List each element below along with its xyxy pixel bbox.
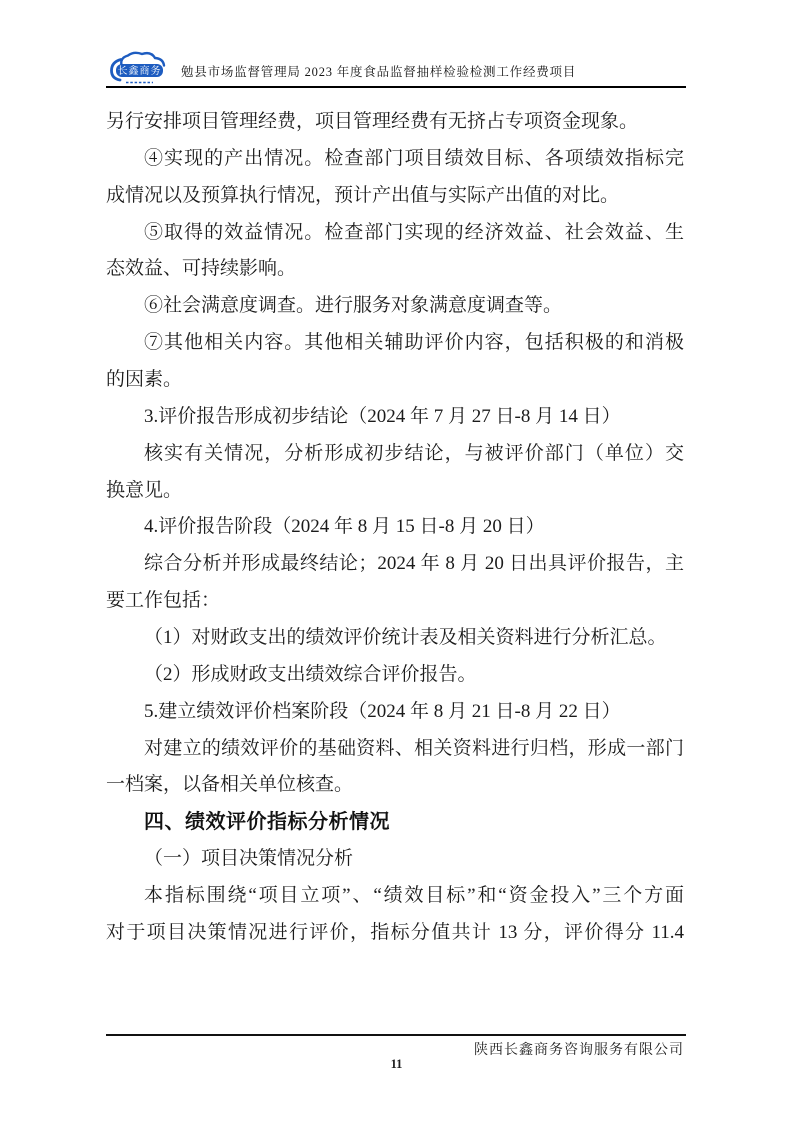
document-page: 长鑫商务 勉县市场监督管理局 2023 年度食品监督抽样检验检测工作经费项目 另… <box>0 0 793 1122</box>
section-heading: 四、绩效评价指标分析情况 <box>106 804 684 841</box>
body-line: 另行安排项目管理经费，项目管理经费有无挤占专项资金现象。 <box>106 104 684 141</box>
body-line: 的因素。 <box>106 362 684 399</box>
body-line: 4.评价报告阶段（2024 年 8 月 15 日-8 月 20 日） <box>106 509 684 546</box>
body-line: ⑤取得的效益情况。检查部门实现的经济效益、社会效益、生 <box>106 215 684 252</box>
body-line: 对于项目决策情况进行评价，指标分值共计 13 分，评价得分 11.4 分。 <box>106 915 684 952</box>
footer-company: 陕西长鑫商务咨询服务有限公司 <box>106 1039 684 1059</box>
header-divider <box>106 86 686 88</box>
body-line: 态效益、可持续影响。 <box>106 251 684 288</box>
body-line: 综合分析并形成最终结论；2024 年 8 月 20 日出具评价报告，主 <box>106 546 684 583</box>
footer-divider <box>106 1034 686 1036</box>
body-line: （1）对财政支出的绩效评价统计表及相关资料进行分析汇总。 <box>106 620 684 657</box>
body-line: 5.建立绩效评价档案阶段（2024 年 8 月 21 日-8 月 22 日） <box>106 694 684 731</box>
page-number: 11 <box>0 1057 793 1072</box>
body-line: （一）项目决策情况分析 <box>106 841 684 878</box>
body-line: 成情况以及预算执行情况，预计产出值与实际产出值的对比。 <box>106 178 684 215</box>
cloud-logo-icon: 长鑫商务 <box>107 50 169 88</box>
body-line: 核实有关情况，分析形成初步结论，与被评价部门（单位）交 <box>106 436 684 473</box>
body-line: （2）形成财政支出绩效综合评价报告。 <box>106 657 684 694</box>
body-line: 本指标围绕“项目立项”、“绩效目标”和“资金投入”三个方面 <box>106 878 684 915</box>
body-line: 3.评价报告形成初步结论（2024 年 7 月 27 日-8 月 14 日） <box>106 399 684 436</box>
body-line: 一档案，以备相关单位核查。 <box>106 767 684 804</box>
body-line: 对建立的绩效评价的基础资料、相关资料进行归档，形成一部门 <box>106 731 684 768</box>
body-line: 要工作包括： <box>106 583 684 620</box>
header-title: 勉县市场监督管理局 2023 年度食品监督抽样检验检测工作经费项目 <box>181 62 576 80</box>
body-line: ④实现的产出情况。检查部门项目绩效目标、各项绩效指标完 <box>106 141 684 178</box>
logo-brand-text: 长鑫商务 <box>118 64 162 77</box>
body-line: ⑥社会满意度调查。进行服务对象满意度调查等。 <box>106 288 684 325</box>
body-line: ⑦其他相关内容。其他相关辅助评价内容，包括积极的和消极 <box>106 325 684 362</box>
document-body: 另行安排项目管理经费，项目管理经费有无挤占专项资金现象。④实现的产出情况。检查部… <box>106 104 684 952</box>
body-line: 换意见。 <box>106 473 684 510</box>
